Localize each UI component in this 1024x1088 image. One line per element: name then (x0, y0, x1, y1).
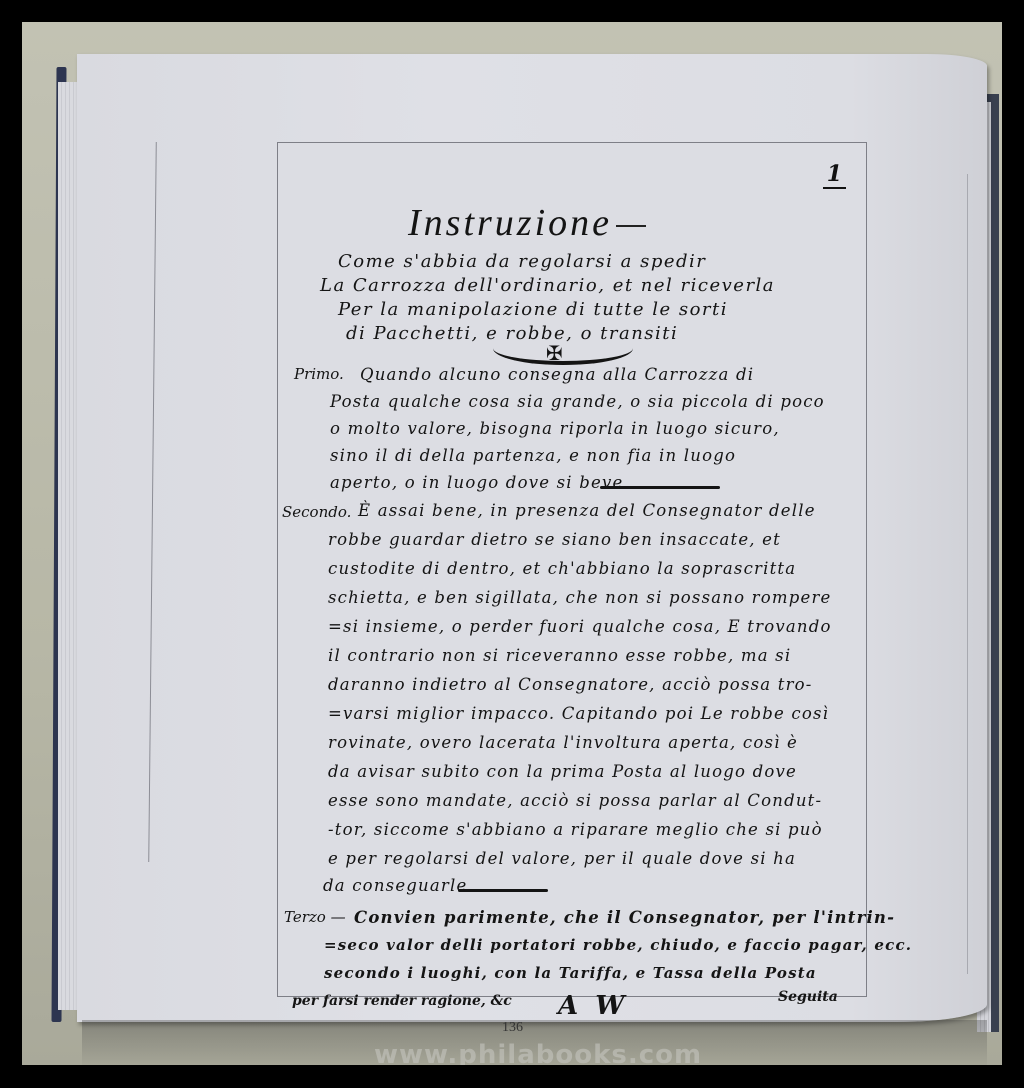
page-number: 136 (502, 1020, 523, 1036)
line-end-stroke (458, 889, 548, 892)
subtitle-line: La Carrozza dell'ordinario, et nel ricev… (320, 275, 775, 296)
manuscript-line: secondo i luoghi, con la Tariffa, e Tass… (324, 964, 817, 982)
gutter-line (148, 142, 157, 862)
signature-initials: A W (558, 991, 628, 1021)
manuscript-line: Posta qualche cosa sia grande, o sia pic… (330, 392, 825, 411)
manuscript-line: custodite di dentro, et ch'abbiano la so… (328, 559, 796, 578)
manuscript-line: aperto, o in luogo dove si beve (330, 473, 623, 492)
folio-number: 1 (823, 161, 846, 189)
title-text: Instruzione (408, 202, 612, 244)
manuscript-line: =seco valor delli portatori robbe, chiud… (324, 936, 912, 954)
paragraph-label-primo: Primo. (294, 365, 344, 383)
manuscript-line: =si insieme, o perder fuori qualche cosa… (328, 617, 832, 636)
subtitle-line: Per la manipolazione di tutte le sorti (338, 299, 728, 320)
line-end-stroke (600, 486, 720, 489)
manuscript-line: il contrario non si riceveranno esse rob… (328, 646, 791, 665)
manuscript-line: da conseguarle (323, 876, 467, 895)
manuscript-line: schietta, e ben sigillata, che non si po… (328, 588, 832, 607)
manuscript-plate: 1 Instruzione Come s'abbia da regolarsi … (277, 142, 867, 997)
manuscript-line: È assai bene, in presenza del Consegnato… (358, 501, 816, 520)
right-signature: Seguita (778, 989, 838, 1005)
title-dash (616, 225, 646, 227)
margin-note: per farsi render ragione, &c (292, 993, 512, 1009)
flourish-cross-ornament: ✠ (546, 341, 563, 365)
paragraph-label-terzo: Terzo — (284, 908, 346, 926)
subtitle-line: Come s'abbia da regolarsi a spedir (338, 251, 706, 272)
manuscript-title: Instruzione (408, 201, 646, 245)
manuscript-line: sino il di della partenza, e non fia in … (330, 446, 736, 465)
manuscript-line: da avisar subito con la prima Posta al l… (328, 762, 797, 781)
manuscript-line: o molto valore, bisogna riporla in luogo… (330, 419, 780, 438)
manuscript-line: daranno indietro al Consegnatore, acciò … (328, 675, 813, 694)
paragraph-label-secondo: Secondo. (282, 503, 351, 521)
photo-frame: 1 Instruzione Come s'abbia da regolarsi … (22, 22, 1002, 1065)
manuscript-line: =varsi miglior impacco. Capitando poi Le… (328, 704, 829, 723)
right-margin-line (967, 174, 968, 974)
manuscript-line: esse sono mandate, acciò si possa parlar… (328, 791, 822, 810)
manuscript-line: e per regolarsi del valore, per il quale… (328, 849, 796, 868)
manuscript-line: rovinate, overo lacerata l'involtura ape… (328, 733, 798, 752)
manuscript-line: -tor, siccome s'abbiano a riparare megli… (328, 820, 823, 839)
manuscript-line: robbe guardar dietro se siano ben insacc… (328, 530, 781, 549)
manuscript-line: Convien parimente, che il Consegnator, p… (354, 908, 895, 927)
flourish-ornament (493, 345, 633, 365)
watermark: www.philabooks.com (374, 1040, 702, 1065)
subtitle-line: di Pacchetti, e robbe, o transiti (346, 323, 678, 344)
manuscript-line: Quando alcuno consegna alla Carrozza di (360, 365, 754, 384)
